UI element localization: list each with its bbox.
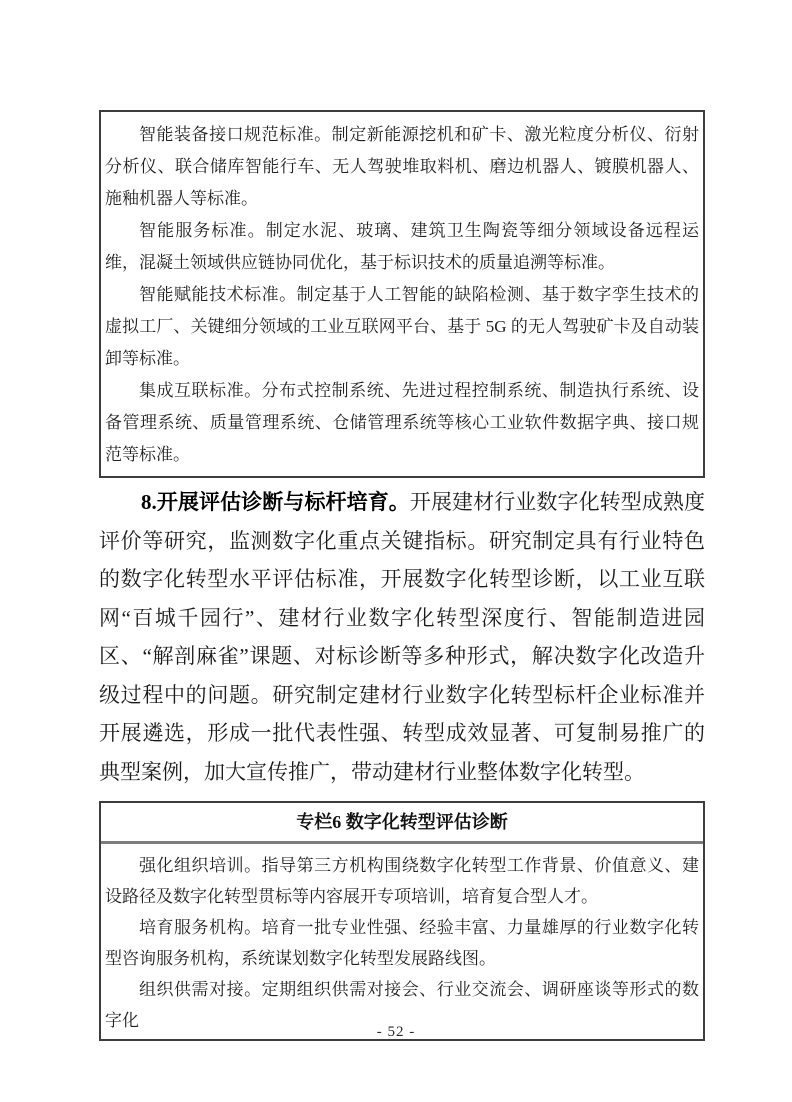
column-6-box: 专栏6 数字化转型评估诊断 强化组织培训。指导第三方机构围绕数字化转型工作背景、… <box>99 801 705 1041</box>
standards-paragraph-smart-service: 智能服务标准。制定水泥、玻璃、建筑卫生陶瓷等细分领域设备远程运维，混凝土领域供应… <box>105 215 699 279</box>
standards-box-body: 智能装备接口规范标准。制定新能源挖机和矿卡、激光粒度分析仪、衍射分析仪、联合储库… <box>101 112 703 476</box>
page-number: - 52 - <box>0 1024 792 1041</box>
section-8-heading: 8.开展评估诊断与标杆培育。 <box>141 490 410 514</box>
section-8-body-text: 开展建材行业数字化转型成熟度评价等研究，监测数字化重点关键指标。研究制定具有行业… <box>99 490 705 784</box>
section-8-paragraph: 8.开展评估诊断与标杆培育。开展建材行业数字化转型成熟度评价等研究，监测数字化重… <box>99 483 705 791</box>
column-paragraph-service-agencies: 培育服务机构。培育一批专业性强、经验丰富、力量雄厚的行业数字化转型咨询服务机构，… <box>105 912 699 974</box>
standards-paragraph-equipment-interface: 智能装备接口规范标准。制定新能源挖机和矿卡、激光粒度分析仪、衍射分析仪、联合储库… <box>105 119 699 215</box>
standards-paragraph-enabling-technology: 智能赋能技术标准。制定基于人工智能的缺陷检测、基于数字孪生技术的虚拟工厂、关键细… <box>105 279 699 375</box>
standards-box: 智能装备接口规范标准。制定新能源挖机和矿卡、激光粒度分析仪、衍射分析仪、联合储库… <box>99 110 705 478</box>
column-6-box-title: 专栏6 数字化转型评估诊断 <box>101 803 703 844</box>
document-page: 智能装备接口规范标准。制定新能源挖机和矿卡、激光粒度分析仪、衍射分析仪、联合储库… <box>0 0 792 1102</box>
column-paragraph-training: 强化组织培训。指导第三方机构围绕数字化转型工作背景、价值意义、建设路径及数字化转… <box>105 850 699 912</box>
page-content: 智能装备接口规范标准。制定新能源挖机和矿卡、激光粒度分析仪、衍射分析仪、联合储库… <box>99 110 705 1041</box>
standards-paragraph-integration: 集成互联标准。分布式控制系统、先进过程控制系统、制造执行系统、设备管理系统、质量… <box>105 375 699 471</box>
column-6-box-body: 强化组织培训。指导第三方机构围绕数字化转型工作背景、价值意义、建设路径及数字化转… <box>101 844 703 1039</box>
